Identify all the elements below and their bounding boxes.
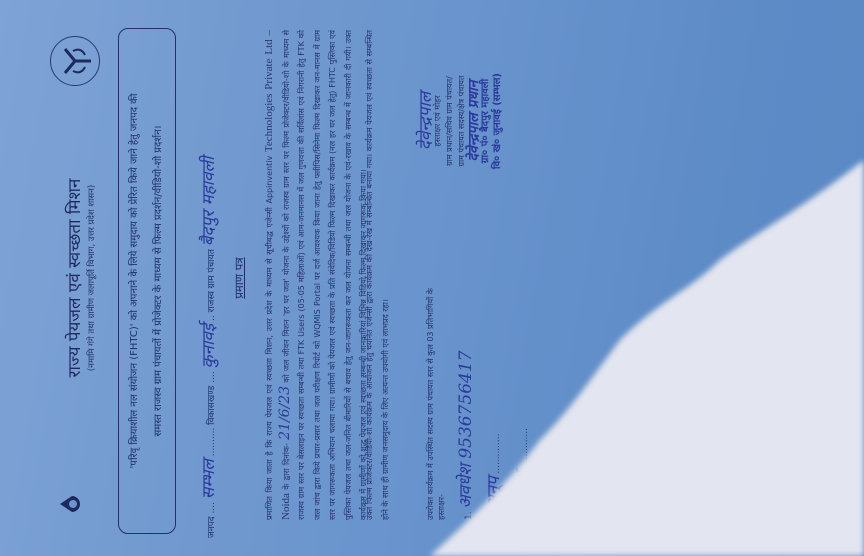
document-photo: राज्य पेयजल एवं स्वच्छता मिशन (नमामि गंग… (0, 0, 864, 556)
white-background-region (0, 0, 864, 556)
